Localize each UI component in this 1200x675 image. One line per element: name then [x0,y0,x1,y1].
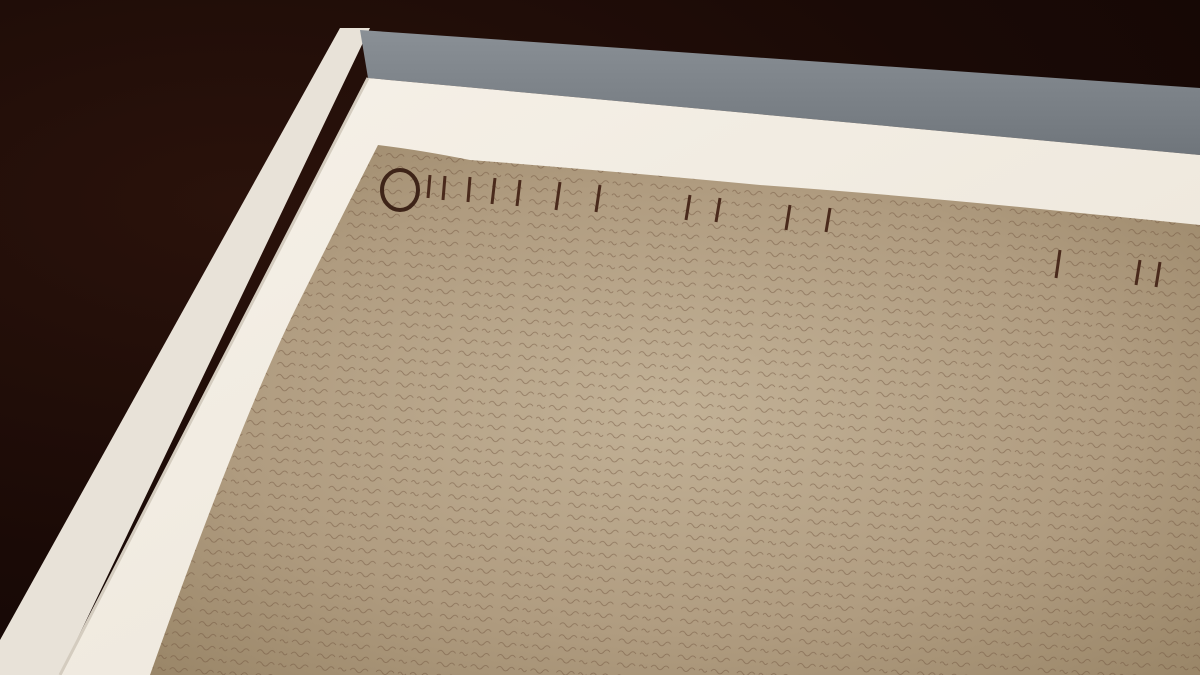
archival-box-photo [0,0,1200,675]
photo-scene [0,0,1200,675]
